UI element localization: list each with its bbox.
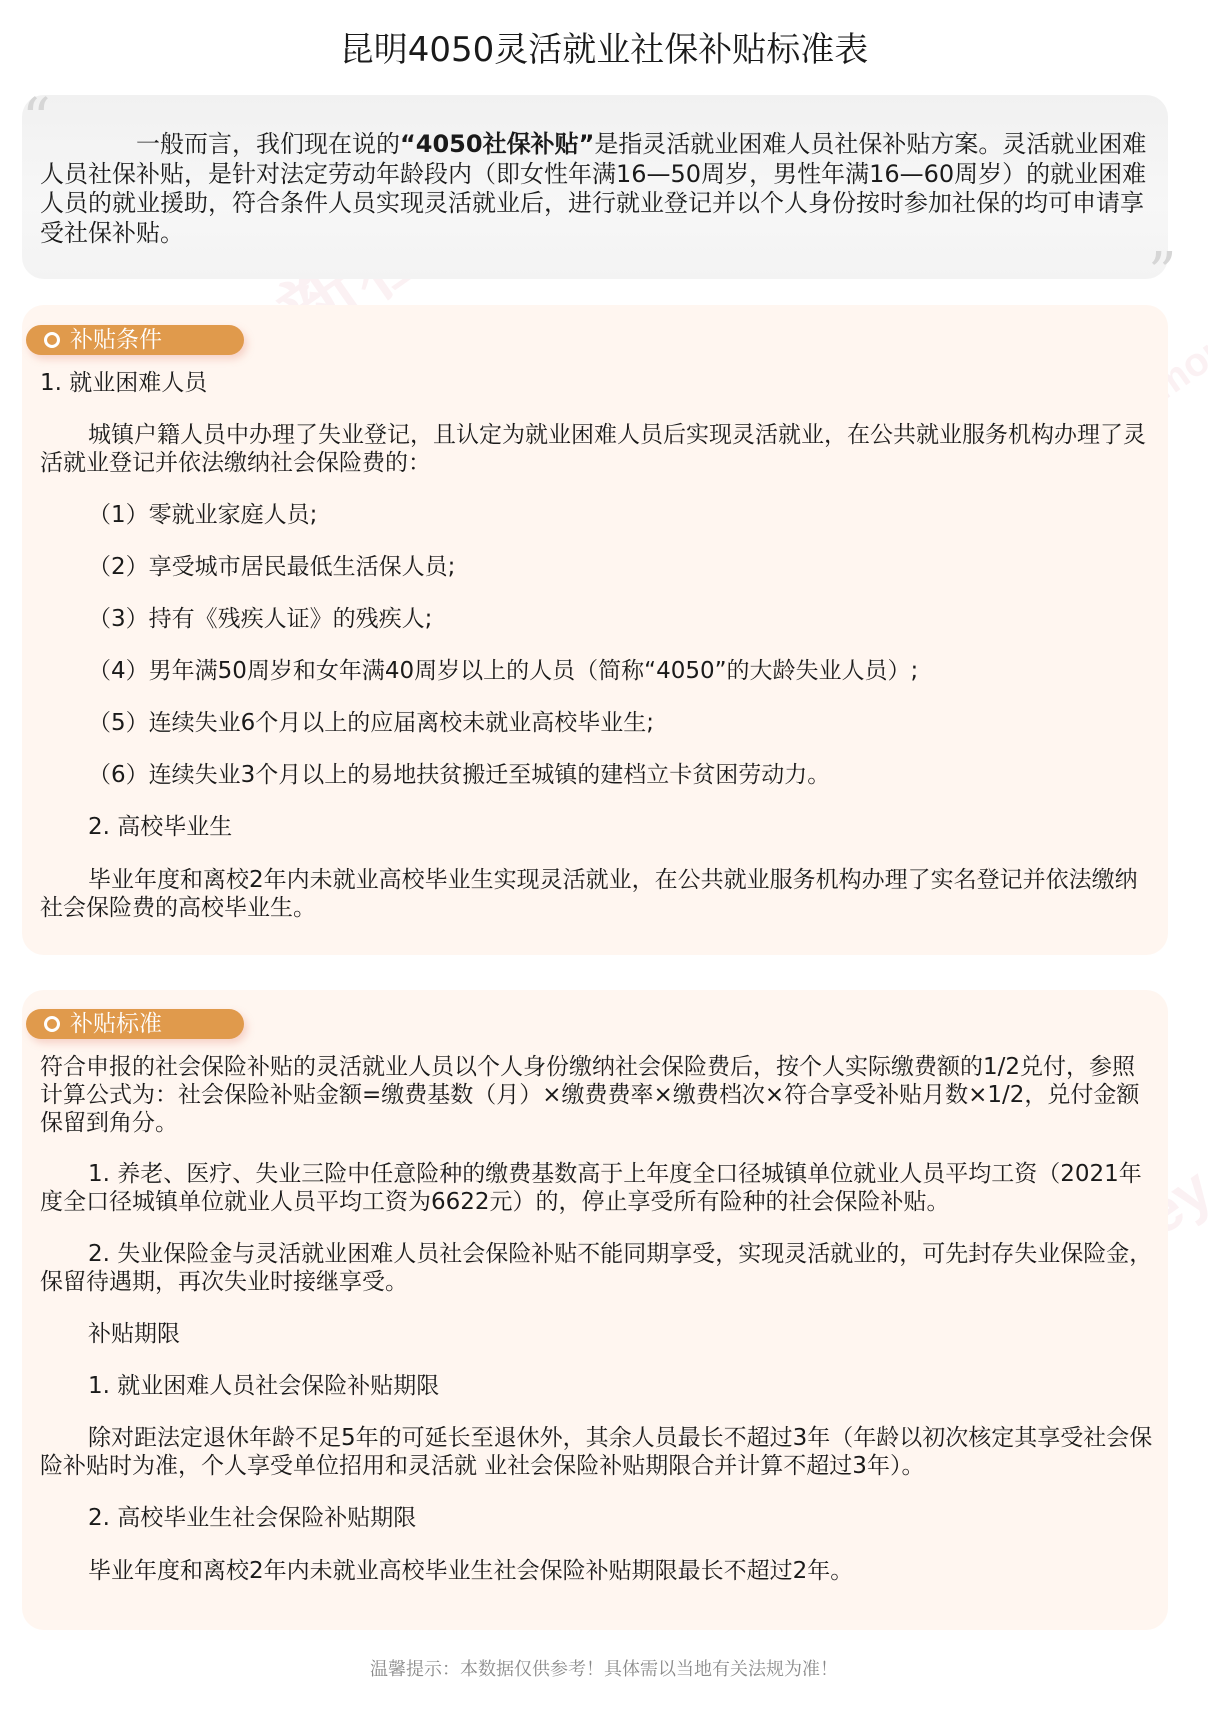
- standards-para-3: 2. 失业保险金与灵活就业困难人员社会保险补贴不能同期享受，实现灵活就业的，可先…: [40, 1240, 1155, 1296]
- condition-item: （1）零就业家庭人员;: [88, 501, 1203, 529]
- condition-item: （3）持有《残疾人证》的残疾人;: [88, 605, 1203, 633]
- intro-text: 一般而言，我们现在说的“4050社保补贴”是指灵活就业困难人员社保补贴方案。灵活…: [40, 130, 1155, 248]
- period-sub1-text: 除对距法定退休年龄不足5年的可延长至退休外，其余人员最长不超过3年（年龄以初次核…: [40, 1424, 1155, 1480]
- period-heading: 补贴期限: [88, 1320, 1203, 1348]
- section-badge-standards: 补贴标准: [26, 1009, 244, 1039]
- footer-note: 温馨提示：本数据仅供参考！具体需以当地有关法规为准！: [0, 1655, 1208, 1681]
- period-sub1-heading: 1. 就业困难人员社会保险补贴期限: [88, 1372, 1203, 1400]
- circle-icon: [44, 332, 60, 348]
- page-title: 昆明4050灵活就业社保补贴标准表: [0, 28, 1208, 72]
- period-sub2-heading: 2. 高校毕业生社会保险补贴期限: [88, 1504, 1203, 1532]
- conditions-para-2: 毕业年度和离校2年内未就业高校毕业生实现灵活就业，在公共就业服务机构办理了实名登…: [40, 866, 1155, 922]
- period-sub2-text: 毕业年度和离校2年内未就业高校毕业生社会保险补贴期限最长不超过2年。: [88, 1557, 1203, 1585]
- condition-item: （4）男年满50周岁和女年满40周岁以上的人员（简称“4050”的大龄失业人员）…: [88, 657, 1203, 685]
- conditions-heading-2: 2. 高校毕业生: [88, 813, 1203, 841]
- close-quote-icon: ”: [1148, 246, 1177, 302]
- condition-item: （5）连续失业6个月以上的应届离校未就业高校毕业生;: [88, 709, 1203, 737]
- intro-highlight: “4050社保补贴”: [400, 130, 594, 158]
- section-badge-conditions: 补贴条件: [26, 325, 244, 355]
- condition-item: （2）享受城市居民最低生活保人员;: [88, 553, 1203, 581]
- condition-item: （6）连续失业3个月以上的易地扶贫搬迁至城镇的建档立卡贫困劳动力。: [88, 761, 1203, 789]
- standards-para-1: 符合申报的社会保险补贴的灵活就业人员以个人身份缴纳社会保险费后，按个人实际缴费额…: [40, 1053, 1155, 1137]
- circle-icon: [44, 1016, 60, 1032]
- conditions-heading-1: 1. 就业困难人员: [40, 369, 1155, 397]
- standards-para-2: 1. 养老、医疗、失业三险中任意险种的缴费基数高于上年度全口径城镇单位就业人员平…: [40, 1160, 1155, 1216]
- conditions-para-1: 城镇户籍人员中办理了失业登记，且认定为就业困难人员后实现灵活就业，在公共就业服务…: [40, 421, 1155, 477]
